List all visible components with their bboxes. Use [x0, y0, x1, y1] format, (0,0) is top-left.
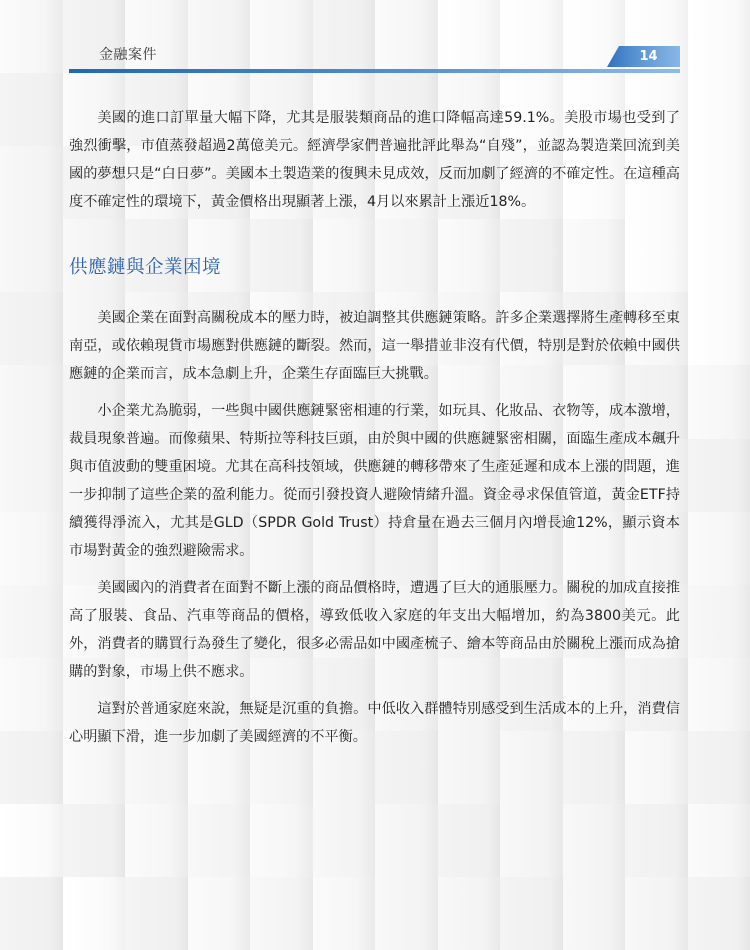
body-paragraph: 這對於普通家庭來說，無疑是沉重的負擔。中低收入群體特別感受到生活成本的上升，消費… [69, 695, 680, 751]
page-number-badge: 14 [607, 46, 680, 67]
intro-paragraph: 美國的進口訂單量大幅下降，尤其是服裝類商品的進口降幅高達59.1%。美股市場也受… [69, 104, 680, 216]
running-header-title: 金融案件 [99, 44, 157, 64]
document-page: 金融案件 14 美國的進口訂單量大幅下降，尤其是服裝類商品的進口降幅高達59.1… [0, 0, 750, 950]
section-heading: 供應鏈與企業困境 [69, 254, 680, 282]
body-paragraph: 小企業尤為脆弱，一些與中國供應鏈緊密相連的行業，如玩具、化妝品、衣物等，成本激增… [69, 397, 680, 565]
article-body: 美國的進口訂單量大幅下降，尤其是服裝類商品的進口降幅高達59.1%。美股市場也受… [69, 104, 680, 751]
header-divider [69, 69, 680, 73]
body-paragraph: 美國企業在面對高關稅成本的壓力時，被迫調整其供應鏈策略。許多企業選擇將生產轉移至… [69, 304, 680, 388]
body-paragraph: 美國國內的消費者在面對不斷上漲的商品價格時，遭遇了巨大的通脹壓力。關稅的加成直接… [69, 574, 680, 686]
page-number: 14 [639, 49, 657, 64]
